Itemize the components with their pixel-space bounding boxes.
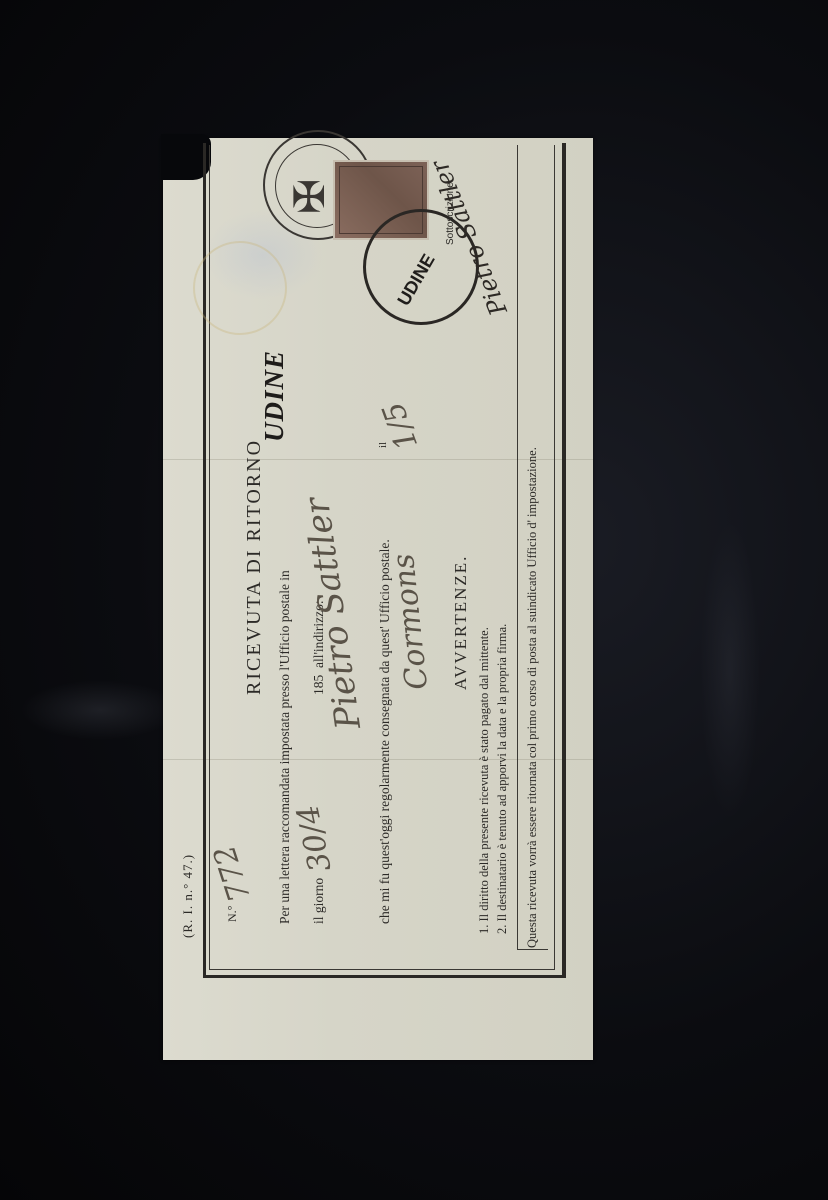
date-label: il giorno (311, 878, 327, 924)
background-glare (700, 520, 760, 820)
return-receipt-document: (R. I. n.° 47.) N.° 772 RICEVUTA DI RITO… (163, 138, 593, 1060)
footer-note: Questa ricevuta vorrà essere ritornata c… (525, 447, 540, 948)
warning-item: 1. Il diritto della presente ricevuta è … (477, 627, 492, 934)
form-reference: (R. I. n.° 47.) (180, 854, 196, 938)
warnings-title: AVVERTENZE. (451, 555, 471, 690)
number-label: N.° (225, 906, 240, 922)
background-glare (20, 680, 180, 740)
form-title: RICEVUTA DI RITORNO (243, 439, 266, 695)
registered-letter-line: Per una lettera raccomandata impostata p… (277, 570, 293, 924)
warning-item: 2. Il destinatario è tenuto ad apporvi l… (495, 624, 510, 934)
office-stamp-udine: UDINE (259, 350, 290, 442)
faint-postmark (193, 241, 287, 335)
double-eagle-icon: ✠ (285, 179, 335, 214)
postmark-text: UDINE (393, 250, 439, 309)
